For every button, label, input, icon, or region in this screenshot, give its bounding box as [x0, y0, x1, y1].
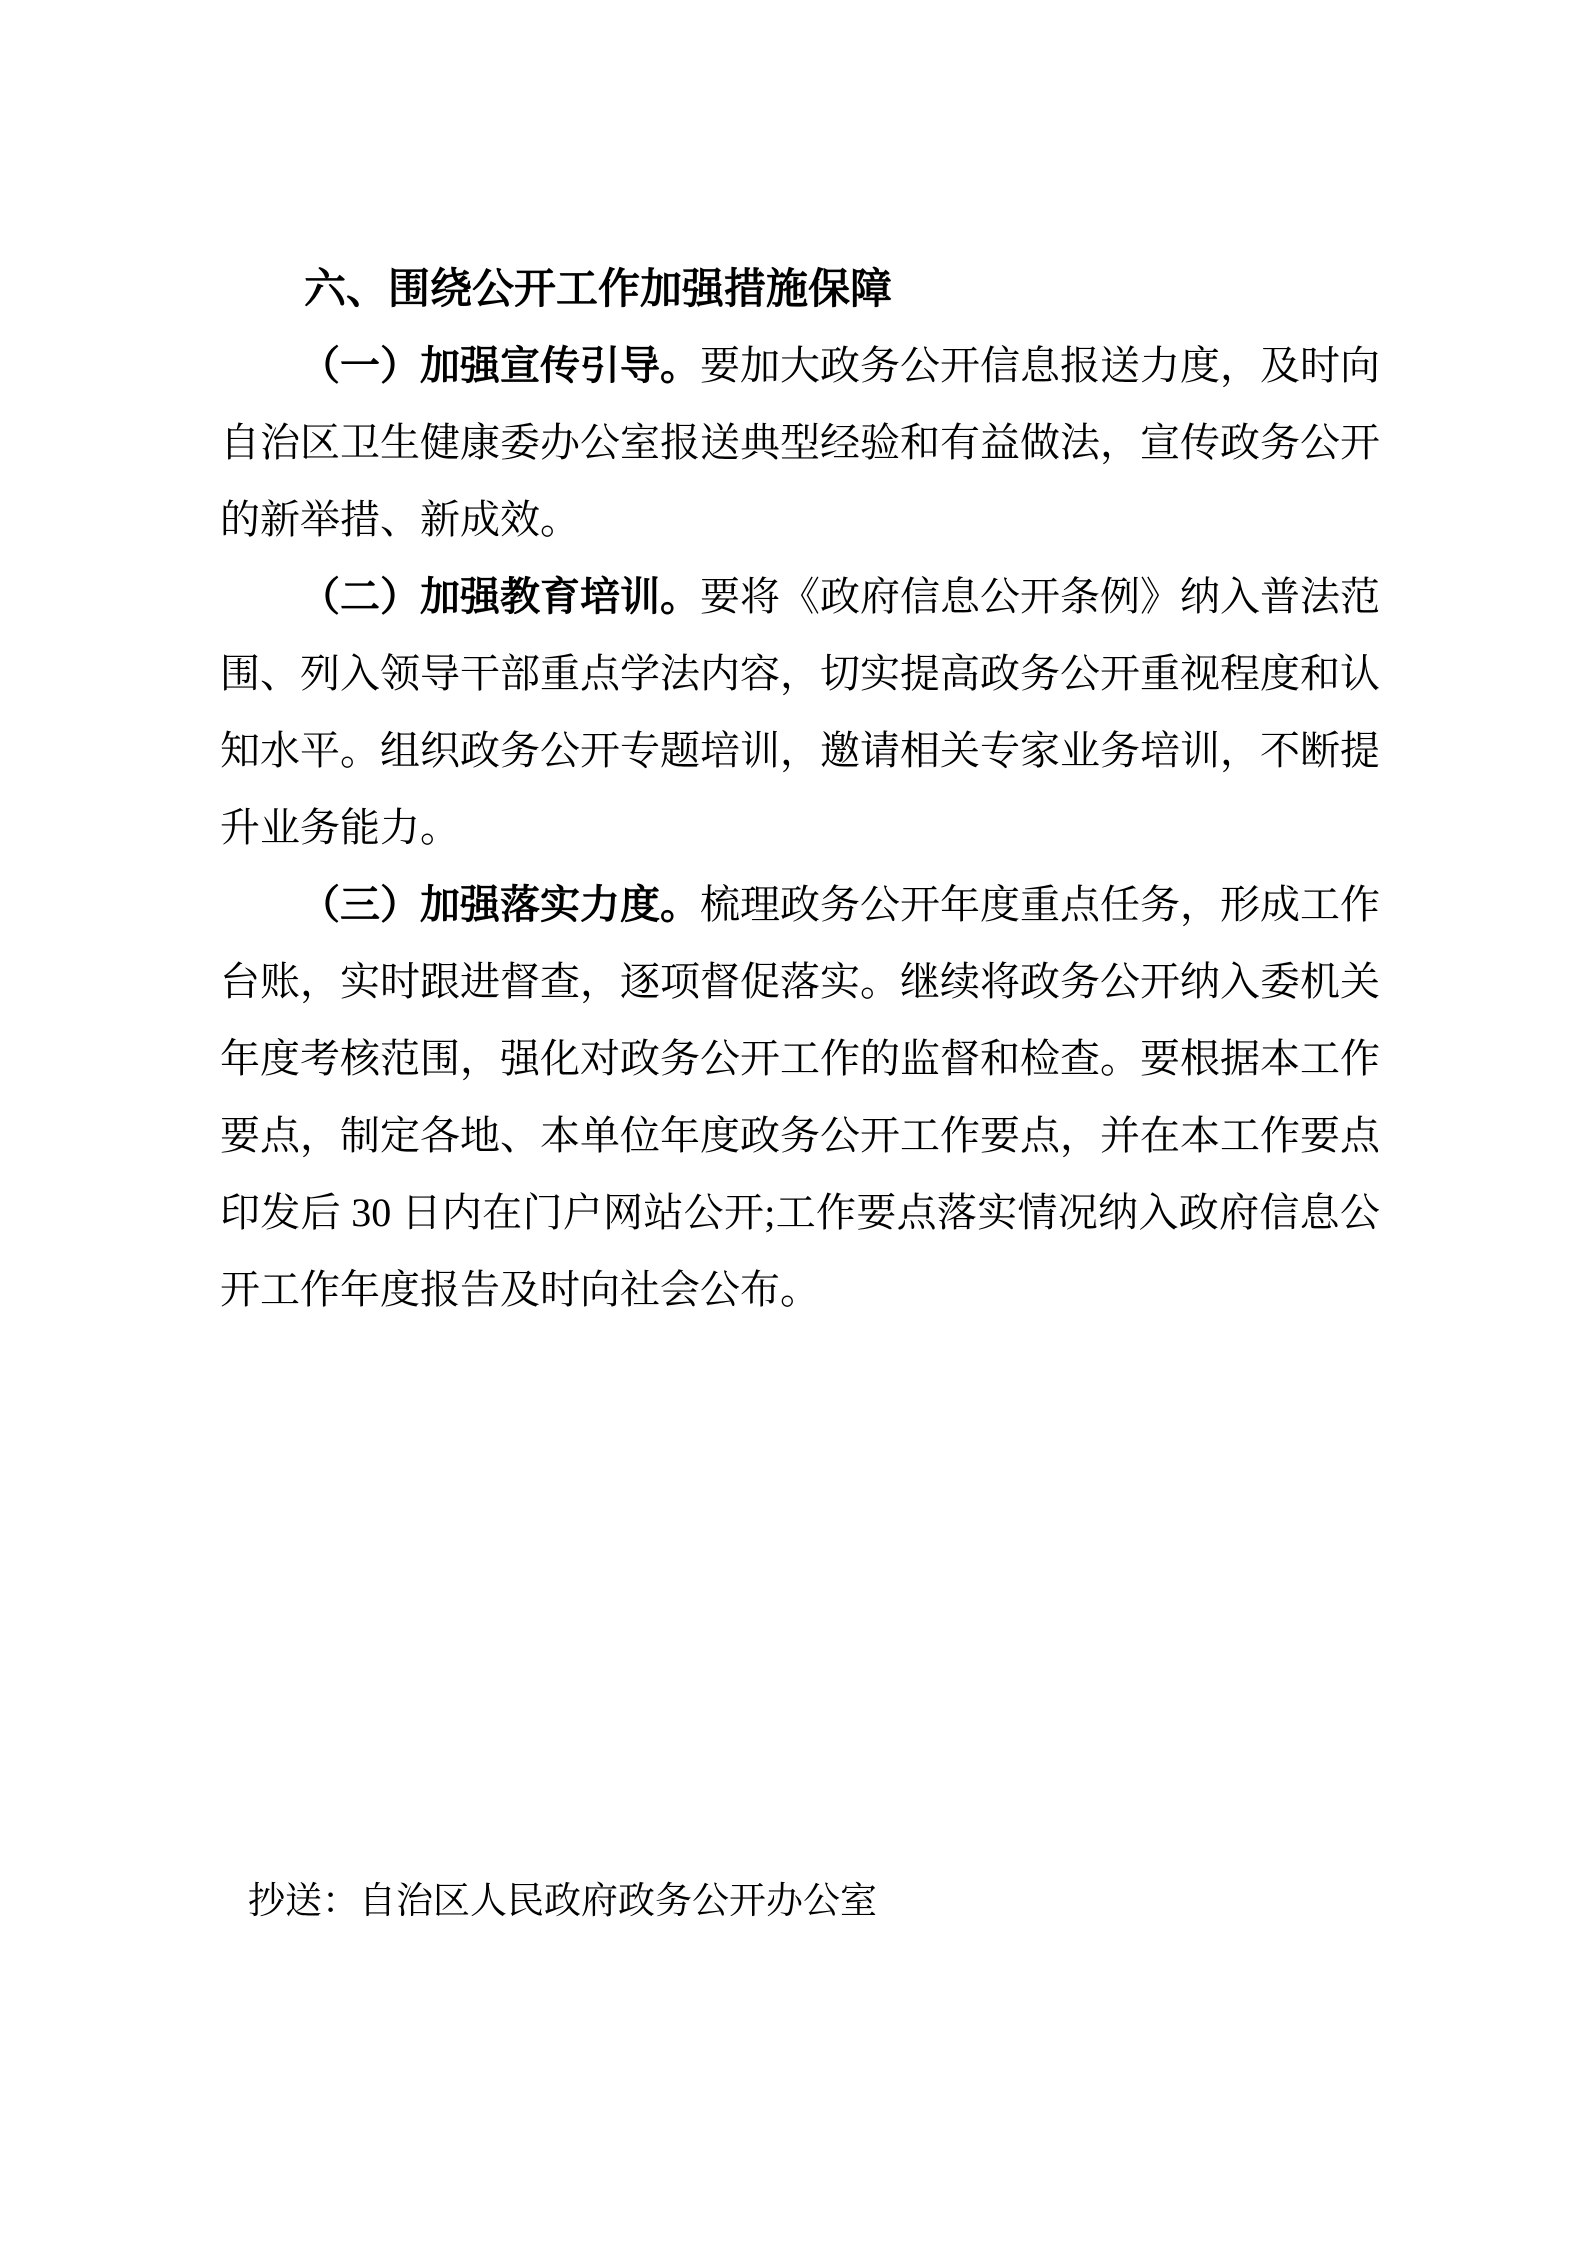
paragraph-2-lead: （二）加强教育培训。 — [300, 574, 700, 619]
document-body: 六、围绕公开工作加强措施保障 （一）加强宣传引导。要加大政务公开信息报送力度，及… — [220, 250, 1380, 1328]
paragraph-1-lead: （一）加强宣传引导。 — [300, 343, 700, 388]
paragraph-3-text: 梳理政务公开年度重点任务，形成工作台账，实时跟进督查，逐项督促落实。继续将政务公… — [220, 882, 1380, 1312]
paragraph-2: （二）加强教育培训。要将《政府信息公开条例》纳入普法范围、列入领导干部重点学法内… — [220, 558, 1380, 866]
cc-line: 抄送：自治区人民政府政务公开办公室 — [248, 1878, 877, 1926]
paragraph-1: （一）加强宣传引导。要加大政务公开信息报送力度，及时向自治区卫生健康委办公室报送… — [220, 327, 1380, 558]
document-page: 六、围绕公开工作加强措施保障 （一）加强宣传引导。要加大政务公开信息报送力度，及… — [0, 0, 1587, 2245]
section-heading: 六、围绕公开工作加强措施保障 — [220, 250, 1380, 327]
paragraph-3: （三）加强落实力度。梳理政务公开年度重点任务，形成工作台账，实时跟进督查，逐项督… — [220, 866, 1380, 1328]
paragraph-3-lead: （三）加强落实力度。 — [300, 882, 700, 927]
